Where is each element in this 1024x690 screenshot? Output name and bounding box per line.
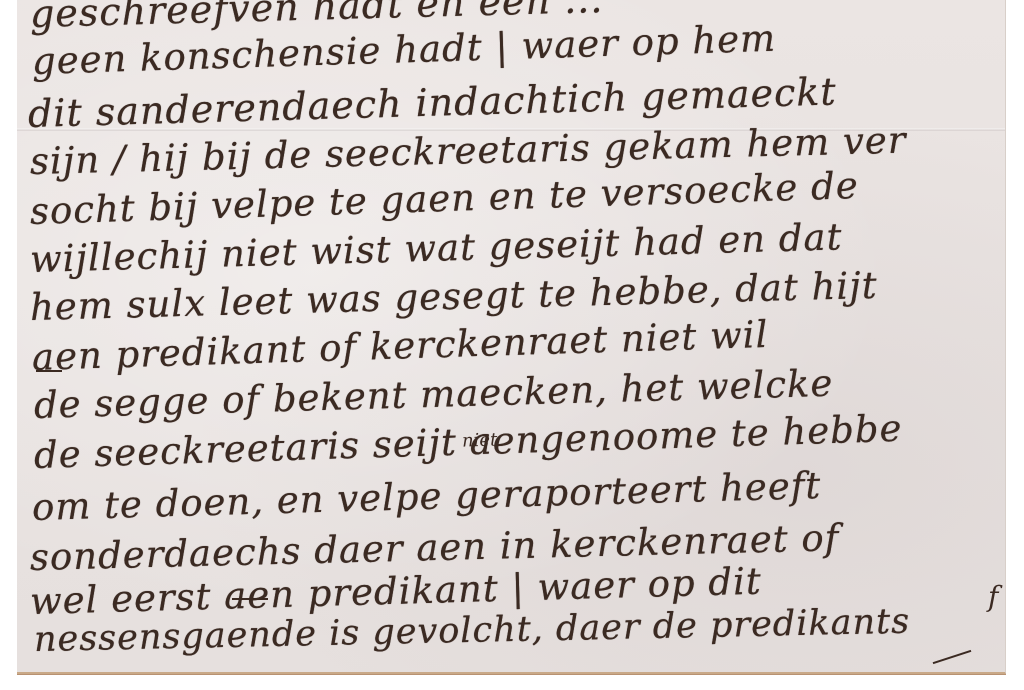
margin-mark: f [988,580,998,613]
